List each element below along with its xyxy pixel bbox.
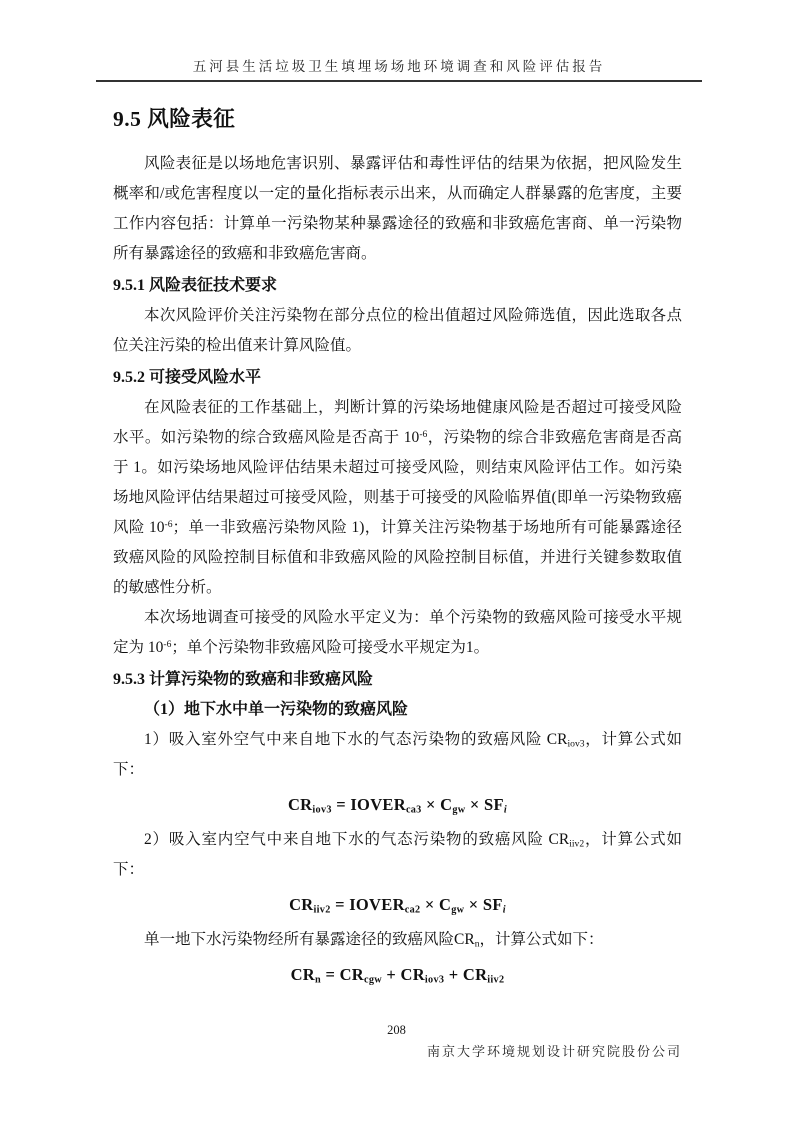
- paragraph-outdoor-vapor-risk: 1）吸入室外空气中来自地下水的气态污染物的致癌风险 CRiov3，计算公式如下：: [113, 725, 682, 785]
- document-body: 9.5 风险表征 风险表征是以场地危害识别、暴露评估和毒性评估的结果为依据，把风…: [113, 92, 682, 995]
- paragraph-indoor-vapor-risk: 2）吸入室内空气中来自地下水的气态污染物的致癌风险 CRiiv2，计算公式如下：: [113, 825, 682, 885]
- formula-cr-n: CRn = CRcgw + CRiov3 + CRiiv2: [113, 960, 682, 990]
- paragraph-technical-requirements: 本次风险评价关注污染物在部分点位的检出值超过风险筛选值，因此选取各点位关注污染的…: [113, 301, 682, 361]
- formula-cr-iov3: CRiov3 = IOVERca3 × Cgw × SFi: [113, 790, 682, 820]
- paragraph-risk-characterization-intro: 风险表征是以场地危害识别、暴露评估和毒性评估的结果为依据，把风险发生概率和/或危…: [113, 149, 682, 269]
- report-page: 五河县生活垃圾卫生填埋场场地环境调查和风险评估报告 9.5 风险表征 风险表征是…: [0, 0, 793, 1122]
- page-number: 208: [0, 1023, 793, 1038]
- section-heading-9-5-2: 9.5.2 可接受风险水平: [113, 363, 682, 393]
- footer-company-name: 南京大学环境规划设计研究院股份公司: [113, 1041, 682, 1060]
- header-rule: [96, 80, 702, 82]
- paragraph-total-carcinogenic-risk: 单一地下水污染物经所有暴露途径的致癌风险CRn，计算公式如下：: [113, 925, 682, 955]
- paragraph-acceptable-risk-level: 在风险表征的工作基础上，判断计算的污染场地健康风险是否超过可接受风险水平。如污染…: [113, 393, 682, 603]
- page-header-title: 五河县生活垃圾卫生填埋场场地环境调查和风险评估报告: [96, 55, 702, 75]
- section-heading-9-5: 9.5 风险表征: [113, 102, 682, 133]
- section-heading-9-5-1: 9.5.1 风险表征技术要求: [113, 271, 682, 301]
- subsection-heading-groundwater-carcinogenic-risk: （1）地下水中单一污染物的致癌风险: [113, 695, 682, 725]
- paragraph-risk-level-definition: 本次场地调查可接受的风险水平定义为：单个污染物的致癌风险可接受水平规定为 10-…: [113, 603, 682, 663]
- formula-cr-iiv2: CRiiv2 = IOVERca2 × Cgw × SFi: [113, 890, 682, 920]
- section-heading-9-5-3: 9.5.3 计算污染物的致癌和非致癌风险: [113, 665, 682, 695]
